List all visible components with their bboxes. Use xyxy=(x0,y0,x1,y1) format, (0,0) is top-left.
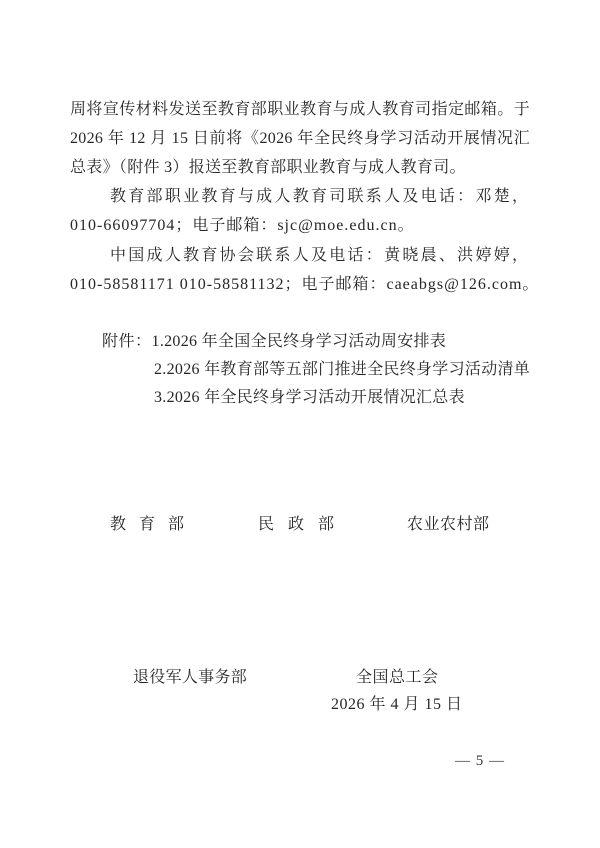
body-line-3: 总表》（附件 3）报送至教育部职业教育与成人教育司。 xyxy=(70,158,530,178)
signature-ministry-of-veterans-affairs: 退役军人事务部 xyxy=(133,668,247,688)
attachments-label: 附件： xyxy=(102,333,152,350)
attachment-item-1: 1.2026 年全国全民终身学习活动周安排表 xyxy=(152,333,447,350)
attachments-line-1: 附件：1.2026 年全国全民终身学习活动周安排表 xyxy=(102,332,542,352)
signature-all-china-federation-of-trade-unions: 全国总工会 xyxy=(356,668,439,688)
body-line-7-caea-phone-email: 010-58581171 010-58581132；电子邮箱：caeabgs@1… xyxy=(70,275,530,295)
page-number: — 5 — xyxy=(455,752,505,770)
body-line-2: 2026 年 12 月 15 日前将《2026 年全民终身学习活动开展情况汇 xyxy=(70,129,530,149)
signature-ministry-of-civil-affairs: 民政部 xyxy=(258,515,348,535)
body-line-1: 周将宣传材料发送至教育部职业教育与成人教育司指定邮箱。于 xyxy=(70,100,530,120)
body-line-5-moe-phone-email: 010-66097704；电子邮箱：sjc@moe.edu.cn。 xyxy=(70,216,530,236)
signature-ministry-of-agriculture-rural-affairs: 农业农村部 xyxy=(407,515,490,535)
attachment-item-3: 3.2026 年全民终身学习活动开展情况汇总表 xyxy=(154,388,544,408)
signature-ministry-of-education: 教育部 xyxy=(110,515,197,535)
body-line-6-caea-contact: 中国成人教育协会联系人及电话：黄晓晨、洪婷婷， xyxy=(110,246,530,266)
document-page: 周将宣传材料发送至教育部职业教育与成人教育司指定邮箱。于 2026 年 12 月… xyxy=(0,0,600,848)
body-line-4-moe-contact: 教育部职业教育与成人教育司联系人及电话：邓楚， xyxy=(110,187,530,207)
attachment-item-2: 2.2026 年教育部等五部门推进全民终身学习活动清单 xyxy=(154,360,544,380)
signature-date: 2026 年 4 月 15 日 xyxy=(331,695,463,715)
